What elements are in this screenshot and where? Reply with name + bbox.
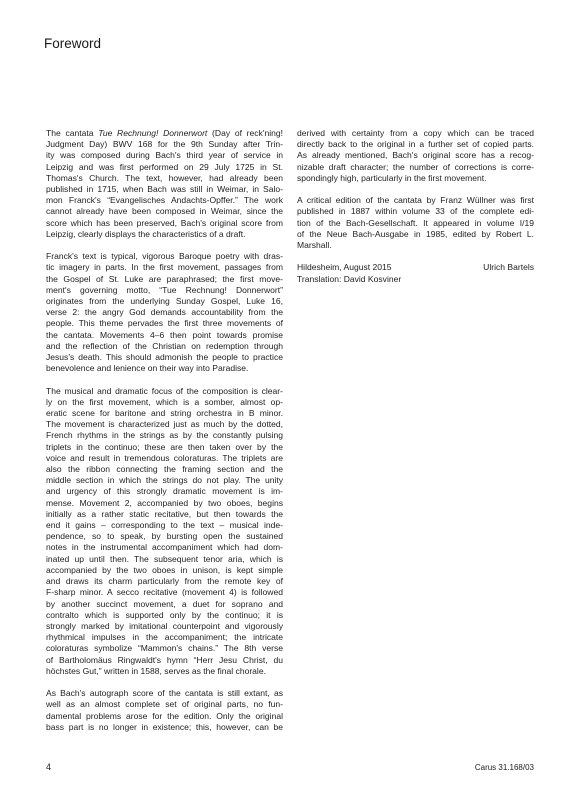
- text-line: strongly marked by imitational counterpo…: [46, 621, 283, 632]
- text-line: Leipzig, clearly displays the characteri…: [46, 229, 283, 240]
- page-title: Foreword: [44, 36, 101, 51]
- text-line: contralto which is supported only by the…: [46, 610, 283, 621]
- text-line: and draws its charm particularly from th…: [46, 576, 283, 587]
- text-line: rhythmical impulses in the accompaniment…: [46, 632, 283, 643]
- text-line: ity was composed during Bach's third yea…: [46, 150, 283, 161]
- text-line: well as an almost complete set of origin…: [46, 699, 283, 710]
- signature-author: Ulrich Bartels: [483, 262, 534, 273]
- text-line: derived with certainty from a copy which…: [297, 128, 534, 139]
- text-line: benevolence and lenience on their way in…: [46, 363, 283, 374]
- text-line: published in 1887 within volume 33 of th…: [297, 206, 534, 217]
- text-line: höchstes Gut,” written in 1588, serves a…: [46, 666, 283, 677]
- text-line: Franck's text is typical, vigorous Baroq…: [46, 251, 283, 262]
- text-line: A critical edition of the cantata by Fra…: [297, 195, 534, 206]
- text-line: score which has been preserved, Bach's o…: [46, 218, 283, 229]
- body-paragraph: A critical edition of the cantata by Fra…: [297, 195, 534, 251]
- text-line: inated up until then. The subsequent ten…: [46, 554, 283, 565]
- text-line: published in 1715, when Bach was still i…: [46, 184, 283, 195]
- text-line: bass part is no longer in existence; thi…: [46, 722, 283, 733]
- text-line: nizable draft character; the number of c…: [297, 162, 534, 173]
- text-line: the Gospel of St. Luke are paraphrased; …: [46, 274, 283, 285]
- body-paragraph: derived with certainty from a copy which…: [297, 128, 534, 184]
- body-paragraph: As Bach's autograph score of the cantata…: [46, 688, 283, 733]
- text-line: voice and result in tremendous coloratur…: [46, 453, 283, 464]
- text-line: pendence, so to speak, by bursting open …: [46, 531, 283, 542]
- text-line: originates from the underlying Sunday Go…: [46, 296, 283, 307]
- text-line: As Bach's autograph score of the cantata…: [46, 688, 283, 699]
- text-line: and urgency of this strongly dramatic mo…: [46, 486, 283, 497]
- text-line: Judgment Day) BWV 168 for the 9th Sunday…: [46, 139, 283, 150]
- text-line: mon Franck's “Evangelisches Andachts-Opf…: [46, 195, 283, 206]
- text-line: cannot already have been composed in Wei…: [46, 206, 283, 217]
- catalog-code: Carus 31.168/03: [475, 763, 534, 772]
- text-line: notes in the instrumental accompaniment …: [46, 542, 283, 553]
- text-line: eratic scene for baritone and string orc…: [46, 408, 283, 419]
- text-line: damental problems arose for the edition.…: [46, 711, 283, 722]
- text-line: mense. Movement 2, accompanied by two ob…: [46, 498, 283, 509]
- translation-credit: Translation: David Kosviner: [297, 274, 534, 285]
- text-line: end it gains – corresponding to the text…: [46, 520, 283, 531]
- text-line: triplets in the continuo; these are then…: [46, 442, 283, 453]
- signature-place-date: Hildesheim, August 2015: [297, 262, 392, 273]
- text-line: ment's governing motto, “Tue Rechnung! D…: [46, 285, 283, 296]
- text-line: The cantata Tue Rechnung! Donnerwort (Da…: [46, 128, 283, 139]
- text-line: spondingly high, particularly in the fir…: [297, 173, 534, 184]
- text-line: accompanied by the two oboes in unison, …: [46, 565, 283, 576]
- text-line: F-sharp minor. A secco recitative (movem…: [46, 587, 283, 598]
- body-paragraph: The cantata Tue Rechnung! Donnerwort (Da…: [46, 128, 283, 240]
- text-line: initially as a rather static recitative,…: [46, 509, 283, 520]
- text-line: Thomas's Church. The text, however, had …: [46, 173, 283, 184]
- body-paragraph: The musical and dramatic focus of the co…: [46, 386, 283, 677]
- text-line: verse 2: the angry God demands accountab…: [46, 307, 283, 318]
- signature-block: Hildesheim, August 2015 Ulrich Bartels T…: [297, 262, 534, 284]
- text-line: The musical and dramatic focus of the co…: [46, 386, 283, 397]
- text-line: Jesus's death. This should admonish the …: [46, 352, 283, 363]
- text-line: middle section in which the strings do n…: [46, 475, 283, 486]
- page-number: 4: [46, 762, 51, 772]
- text-line: directly back to the original in a furth…: [297, 139, 534, 150]
- text-line: ly on the first movement, which is a som…: [46, 397, 283, 408]
- right-column: derived with certainty from a copy which…: [297, 128, 534, 285]
- italic-title: Tue Rechnung! Donnerwort: [98, 128, 207, 138]
- text-line: Marshall.: [297, 240, 534, 251]
- text-line: of Bartholomäus Ringwaldt's hymn “Herr J…: [46, 655, 283, 666]
- text-line: the cantata. Movements 4–6 then point to…: [46, 330, 283, 341]
- text-line: As already mentioned, Bach's original sc…: [297, 150, 534, 161]
- text-line: people. This theme pervades the first th…: [46, 318, 283, 329]
- text-line: French rhythms in the strings as by the …: [46, 430, 283, 441]
- text-line: The movement is characterized just as mu…: [46, 419, 283, 430]
- body-paragraph: Franck's text is typical, vigorous Baroq…: [46, 251, 283, 374]
- text-line: also the ribbon connecting the framing s…: [46, 464, 283, 475]
- text-line: tion of the Bach-Gesellschaft. It appear…: [297, 218, 534, 229]
- text-line: Leipzig and was first performed on 29 Ju…: [46, 162, 283, 173]
- text-line: by another succinct movement, a duet for…: [46, 599, 283, 610]
- text-line: of the Neue Bach-Ausgabe in 1985, edited…: [297, 229, 534, 240]
- text-line: and the reflection of the Christian on r…: [46, 341, 283, 352]
- left-column: The cantata Tue Rechnung! Donnerwort (Da…: [46, 128, 283, 744]
- text-line: coloraturas symbolize “Mammon's chains.”…: [46, 643, 283, 654]
- text-line: tic imagery in parts. In the first movem…: [46, 262, 283, 273]
